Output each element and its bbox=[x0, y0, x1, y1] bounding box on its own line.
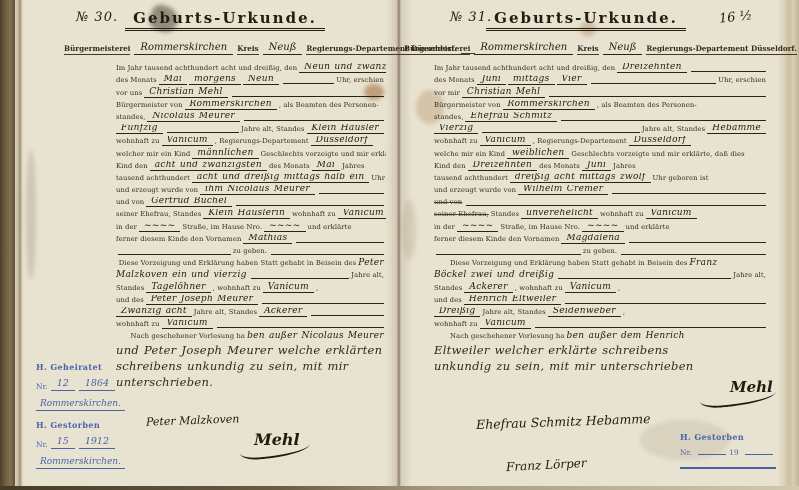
page-title: Geburts-Urkunde. bbox=[125, 9, 325, 31]
handwritten-entry: Vierzig bbox=[434, 124, 478, 134]
handwritten-entry: Düsseldorf bbox=[311, 136, 373, 146]
printed-text-struck: seiner Ehefrau, bbox=[434, 210, 489, 218]
printed-text: zu geben. bbox=[233, 247, 267, 255]
district-label: Kreis bbox=[577, 44, 598, 55]
printed-text: des Monats bbox=[116, 76, 157, 84]
blank-rule bbox=[629, 242, 766, 243]
handwritten-entry: Mathias bbox=[243, 234, 292, 244]
blank-rule bbox=[691, 71, 766, 72]
handwritten-text: ben außer Nicolaus Meurer bbox=[247, 331, 384, 341]
printed-text: welche mir ein Kind bbox=[434, 150, 505, 158]
printed-text: wohnhaft zu bbox=[116, 137, 160, 145]
printed-text: standes, bbox=[116, 113, 145, 121]
printed-text-struck: und von bbox=[434, 198, 462, 206]
form-line: schreibens unkundig zu sein, mit mir bbox=[116, 359, 386, 375]
handwritten-text: Böckel zwei und dreißig bbox=[434, 270, 554, 280]
handwritten-entry: Vanicum bbox=[480, 136, 531, 146]
form-line: Im Jahr tausend achthundert acht und dre… bbox=[434, 63, 768, 75]
handwritten-entry: Vanicum bbox=[480, 319, 531, 329]
handwritten-text: Peter bbox=[358, 258, 384, 268]
handwritten-entry: ihm Nicolaus Meurer bbox=[200, 185, 315, 195]
blank-rule bbox=[319, 193, 384, 194]
district-value: Neuß bbox=[603, 42, 643, 55]
printed-text: und des bbox=[434, 296, 462, 304]
blank-rule bbox=[745, 454, 773, 455]
form-line: wohnhaft zuVanicum, Regierungs-Departeme… bbox=[116, 136, 386, 148]
form-line: Diese Vorzeigung und Erklärung haben Sta… bbox=[434, 258, 768, 270]
form-line: unkundig zu sein, mit mir unterschrieben bbox=[434, 359, 768, 375]
handwritten-entry: Seidenweber bbox=[548, 307, 621, 317]
handwritten-entry: Dreizehnten bbox=[468, 161, 537, 171]
form-line: vor unsChristian Mehl bbox=[116, 87, 386, 99]
printed-text: und erzeugt wurde von bbox=[116, 186, 198, 194]
printed-text: Uhr geboren ist bbox=[653, 174, 709, 182]
blank-rule bbox=[262, 303, 384, 304]
district-label: Kreis bbox=[237, 44, 258, 55]
handwritten-entry: morgens bbox=[189, 75, 241, 85]
handwritten-entry: Vanicum bbox=[646, 209, 697, 219]
printed-text: Straße, im Hause Nro. bbox=[500, 223, 580, 231]
form-line: in der~~~~Straße, im Hause Nro.~~~~und e… bbox=[434, 221, 768, 233]
blank-rule bbox=[232, 96, 384, 97]
handwritten-entry: Fünfzig bbox=[116, 124, 163, 134]
form-line: Böckel zwei und dreißigJahre alt, bbox=[434, 270, 768, 282]
handwritten-entry: Nicolaus Meurer bbox=[147, 112, 240, 122]
form-line: und desHenrich Eltweiler bbox=[434, 295, 768, 307]
form-line: wohnhaft zuVanicum, Regierungs-Departeme… bbox=[434, 136, 768, 148]
form-line: seiner Ehefrau, StandesKlein Häuslerinwo… bbox=[116, 209, 386, 221]
left-page: № 30. Geburts-Urkunde. Bürgermeisterei R… bbox=[22, 0, 394, 486]
handwritten-entry: mittags bbox=[508, 75, 555, 85]
nr-label: Nr. bbox=[36, 440, 48, 449]
book-spine bbox=[0, 0, 15, 490]
handwritten-entry: ~~~~ bbox=[582, 221, 623, 231]
handwritten-entry: Mai bbox=[312, 161, 340, 171]
stamp-rule bbox=[680, 467, 776, 469]
margin-stamp-died: H. Gestorben Nr. 19 bbox=[680, 432, 776, 469]
blank-rule bbox=[217, 327, 384, 328]
handwritten-entry: Rommerskirchen bbox=[503, 100, 595, 110]
printed-text: vor mir bbox=[434, 89, 460, 97]
handwritten-entry: ~~~~ bbox=[139, 221, 180, 231]
blank-rule bbox=[535, 327, 766, 328]
blank-rule bbox=[621, 254, 766, 255]
handwritten-entry: Vier bbox=[557, 75, 587, 85]
record-ref-year: 1912 bbox=[79, 436, 115, 449]
handwritten-entry: Dreißig bbox=[434, 307, 480, 317]
form-line: des MonatsMaimorgensNeunUhr, erschien bbox=[116, 75, 386, 87]
record-number: № 30. bbox=[76, 10, 118, 25]
left-page-body: Im Jahr tausend achthundert acht und dre… bbox=[116, 63, 386, 391]
form-line: vor mirChristian Mehl bbox=[434, 87, 768, 99]
form-line: Bürgermeister vonRommerskirchen, als Bea… bbox=[116, 100, 386, 112]
blank-rule bbox=[558, 278, 731, 279]
handwritten-entry: Zwanzig acht bbox=[116, 307, 192, 317]
record-ref-place: Rommerskirchen. bbox=[36, 457, 125, 469]
record-ref-number: 12 bbox=[51, 378, 75, 391]
printed-text: Jahre alt, Standes bbox=[194, 308, 257, 316]
blank-rule bbox=[251, 278, 350, 279]
printed-text: des Monats bbox=[269, 162, 310, 170]
handwritten-entry: Magdalena bbox=[561, 234, 625, 244]
municipality-line: Bürgermeisterei Rommerskirchen Kreis Neu… bbox=[404, 39, 768, 55]
handwritten-entry: Ackerer bbox=[464, 282, 512, 292]
printed-text: , als Beamten des Personen- bbox=[279, 101, 379, 109]
printed-text: Uhr geboren ist bbox=[371, 174, 386, 182]
form-line: und erzeugt wurde vonWilhelm Cremer bbox=[434, 185, 768, 197]
handwritten-entry: acht und dreißig mittags halb ein bbox=[192, 173, 370, 183]
nr-label: Nr. bbox=[680, 448, 692, 457]
blank-rule bbox=[236, 205, 384, 206]
handwritten-entry: Vanicum bbox=[263, 282, 314, 292]
handwritten-entry: Vanicum bbox=[162, 319, 213, 329]
record-number: № 31. bbox=[450, 10, 492, 25]
blank-rule bbox=[167, 132, 240, 133]
form-line: tausend achthundertdreißig acht mittags … bbox=[434, 173, 768, 185]
handwritten-entry: Klein Häusler bbox=[307, 124, 385, 134]
printed-text: des Monats bbox=[539, 162, 580, 170]
handwritten-entry: Juni bbox=[477, 75, 506, 85]
handwritten-entry: Vanicum bbox=[338, 209, 386, 219]
printed-text: Bürgermeister von bbox=[116, 101, 183, 109]
witness-signature: Franz Lörper bbox=[506, 456, 587, 474]
form-line: zu geben. bbox=[116, 246, 386, 258]
stamp-label: H. Gestorben bbox=[680, 432, 776, 442]
bureau-label: Bürgermeisterei bbox=[404, 44, 470, 55]
form-line: Kind denDreizehntendes MonatsJuniJahres bbox=[434, 161, 768, 173]
printed-text: wohnhaft zu bbox=[434, 137, 478, 145]
district-value: Neuß bbox=[263, 42, 303, 55]
handwritten-entry: Ehefrau Schmitz bbox=[465, 112, 557, 122]
printed-text: Jahres bbox=[613, 162, 636, 170]
margin-stamp-died: H. Gestorben Nr. 15 1912 Rommerskirchen. bbox=[36, 420, 154, 469]
form-line: standes,Ehefrau Schmitz bbox=[434, 112, 768, 124]
printed-text: , bbox=[623, 308, 625, 316]
book-bottom-edge bbox=[0, 486, 799, 490]
printed-text: wohnhaft zu bbox=[116, 320, 160, 328]
stamp-label: H. Geheiratet bbox=[36, 362, 154, 372]
printed-text: standes, bbox=[434, 113, 463, 121]
form-line: welcher mir ein KindmännlichenGeschlecht… bbox=[116, 148, 386, 160]
handwritten-text: Franz bbox=[690, 258, 718, 268]
handwritten-entry: Neun bbox=[243, 75, 279, 85]
printed-text: seiner Ehefrau, Standes bbox=[116, 210, 201, 218]
record-ref-number: 15 bbox=[51, 436, 75, 449]
printed-text: des Monats bbox=[434, 76, 475, 84]
printed-text: vor uns bbox=[116, 89, 142, 97]
nr-label: Nr. bbox=[36, 382, 48, 391]
printed-text: und erklärte bbox=[626, 223, 670, 231]
printed-text: tausend achthundert bbox=[116, 174, 190, 182]
department-label: Regierungs-Departement Düsseldorf. bbox=[646, 44, 796, 55]
right-page: № 31. Geburts-Urkunde. 16 ½ Bürgermeiste… bbox=[400, 0, 780, 486]
handwritten-entry: Dreizehnten bbox=[617, 63, 686, 73]
form-line: Malzkoven ein und vierzigJahre alt, bbox=[116, 270, 386, 282]
handwritten-entry: Tagelöhner bbox=[146, 282, 210, 292]
printed-text: Geschlechts vorzeigte und mir erklärte, … bbox=[571, 150, 744, 158]
printed-text: wohnhaft zu bbox=[434, 320, 478, 328]
handwritten-entry: Henrich Eltweiler bbox=[464, 295, 561, 305]
blank-rule bbox=[244, 120, 384, 121]
record-ref-place: Rommerskirchen. bbox=[36, 399, 125, 411]
stamp-label: H. Gestorben bbox=[36, 420, 154, 430]
form-line: des MonatsJunimittagsVierUhr, erschien bbox=[434, 75, 768, 87]
printed-text: Bürgermeister von bbox=[434, 101, 501, 109]
handwritten-entry: Neun und zwanzigsten bbox=[299, 63, 386, 73]
handwritten-entry: Klein Häuslerin bbox=[203, 209, 290, 219]
printed-text: , Regierungs-Departement bbox=[215, 137, 309, 145]
handwritten-entry: unverehelicht bbox=[521, 209, 598, 219]
municipality-line: Bürgermeisterei Rommerskirchen Kreis Neu… bbox=[64, 39, 386, 55]
form-line: tausend achthundertacht und dreißig mitt… bbox=[116, 173, 386, 185]
form-line: standes,Nicolaus Meurer bbox=[116, 112, 386, 124]
signature-flourish bbox=[700, 391, 777, 410]
right-page-header: № 31. Geburts-Urkunde. 16 ½ bbox=[404, 8, 768, 34]
form-line: und von bbox=[434, 197, 768, 209]
form-line: StandesTagelöhner, wohnhaft zuVanicum, bbox=[116, 282, 386, 294]
form-line: FünfzigJahre alt, StandesKlein Häusler bbox=[116, 124, 386, 136]
handwritten-entry: acht und zwanzigsten bbox=[150, 161, 267, 171]
form-line: Zwanzig achtJahre alt, StandesAckerer bbox=[116, 307, 386, 319]
bureau-value: Rommerskirchen bbox=[134, 42, 233, 55]
printed-text: Jahre alt, Standes bbox=[642, 125, 705, 133]
printed-text: Diese Vorzeigung und Erklärung haben Sta… bbox=[119, 259, 357, 267]
handwritten-entry: Gertrud Büchel bbox=[146, 197, 232, 207]
form-line: Eltweiler welcher erklärte schreibens bbox=[434, 343, 768, 359]
form-line: unterschrieben. bbox=[116, 375, 386, 391]
blank-rule bbox=[612, 193, 766, 194]
year-prefix: 19 bbox=[729, 448, 739, 457]
bureau-label: Bürgermeisterei bbox=[64, 44, 130, 55]
printed-text: Jahre alt, Standes bbox=[241, 125, 304, 133]
printed-text: Standes bbox=[116, 284, 144, 292]
blank-rule bbox=[549, 96, 766, 97]
printed-text: in der bbox=[116, 223, 137, 231]
form-line: Nach geschehener Vorlesung haben außer N… bbox=[116, 331, 386, 343]
handwritten-text: unkundig zu sein, mit mir unterschrieben bbox=[434, 359, 694, 373]
printed-text: Diese Vorzeigung und Erklärung haben Sta… bbox=[450, 259, 688, 267]
form-line: und vonGertrud Büchel bbox=[116, 197, 386, 209]
handwritten-entry: weiblichen bbox=[507, 148, 569, 158]
handwritten-entry: Vanicum bbox=[565, 282, 616, 292]
form-line: und erzeugt wurde vonihm Nicolaus Meurer bbox=[116, 185, 386, 197]
printed-text: Uhr, erschien bbox=[718, 76, 766, 84]
printed-text: Kind den bbox=[434, 162, 466, 170]
page-edge-right bbox=[777, 0, 799, 490]
form-line: Nach geschehener Vorlesung haben außer d… bbox=[434, 331, 768, 343]
blank-rule bbox=[565, 303, 766, 304]
printed-text: ferner diesem Kinde den Vornamen bbox=[116, 235, 241, 243]
form-line: Im Jahr tausend achthundert acht und dre… bbox=[116, 63, 386, 75]
printed-text: Im Jahr tausend achthundert acht und dre… bbox=[116, 64, 297, 72]
blank-rule bbox=[466, 205, 766, 206]
form-line: und desPeter Joseph Meurer bbox=[116, 295, 386, 307]
handwritten-entry: Wilhelm Cremer bbox=[518, 185, 608, 195]
printed-text: , wohnhaft zu bbox=[515, 284, 563, 292]
handwritten-entry: männlichen bbox=[192, 148, 258, 158]
printed-text: , bbox=[316, 284, 318, 292]
record-ref-year: 1864 bbox=[79, 378, 115, 391]
printed-text: Straße, im Hause Nro. bbox=[182, 223, 262, 231]
printed-text: welcher mir ein Kind bbox=[116, 150, 190, 158]
form-line: ferner diesem Kinde den VornamenMagdalen… bbox=[434, 234, 768, 246]
handwritten-entry: Christian Mehl bbox=[144, 87, 227, 97]
printed-text: Nach geschehener Vorlesung ha bbox=[450, 332, 565, 340]
printed-text: in der bbox=[434, 223, 455, 231]
printed-text: Kind den bbox=[116, 162, 148, 170]
form-line: DreißigJahre alt, StandesSeidenweber, bbox=[434, 307, 768, 319]
printed-text: Jahres bbox=[342, 162, 365, 170]
form-line: VierzigJahre alt, StandesHebamme bbox=[434, 124, 768, 136]
witness-signature: Peter Malzkoven bbox=[146, 412, 240, 428]
right-page-body: Im Jahr tausend achthundert acht und dre… bbox=[434, 63, 768, 375]
bureau-value: Rommerskirchen bbox=[474, 42, 573, 55]
form-line: welche mir ein KindweiblichenGeschlechts… bbox=[434, 148, 768, 160]
printed-text: , als Beamten des Personen- bbox=[597, 101, 697, 109]
blank-rule bbox=[436, 254, 581, 255]
handwritten-entry: Christian Mehl bbox=[462, 87, 545, 97]
left-page-header: № 30. Geburts-Urkunde. bbox=[64, 8, 386, 34]
printed-text: Jahre alt, bbox=[351, 271, 384, 279]
handwritten-entry: Düsseldorf bbox=[629, 136, 691, 146]
printed-text: Jahre alt, Standes bbox=[482, 308, 545, 316]
handwritten-entry: Rommerskirchen bbox=[185, 100, 277, 110]
blank-rule bbox=[283, 83, 334, 84]
margin-stamp-married: H. Geheiratet Nr. 12 1864 Rommerskirchen… bbox=[36, 362, 154, 411]
handwritten-entry: ~~~~ bbox=[457, 221, 498, 231]
handwritten-text: Malzkoven ein und vierzig bbox=[116, 270, 247, 280]
printed-text: wohnhaft zu bbox=[292, 210, 336, 218]
form-line: in der~~~~Straße, im Hause Nro.~~~~und e… bbox=[116, 221, 386, 233]
printed-text: Im Jahr tausend achthundert acht und dre… bbox=[434, 64, 615, 72]
blank-rule bbox=[311, 315, 384, 316]
blank-rule bbox=[271, 254, 384, 255]
blank-rule bbox=[591, 83, 717, 84]
printed-text: , bbox=[618, 284, 620, 292]
blank-rule bbox=[561, 120, 766, 121]
handwritten-entry: Mai bbox=[159, 75, 187, 85]
printed-text: Jahre alt, bbox=[733, 271, 766, 279]
handwritten-entry: Ackerer bbox=[259, 307, 307, 317]
register-book-scan: № 30. Geburts-Urkunde. Bürgermeisterei R… bbox=[0, 0, 799, 490]
printed-text: Standes bbox=[491, 210, 519, 218]
printed-text: zu geben. bbox=[583, 247, 617, 255]
printed-text: und von bbox=[116, 198, 144, 206]
blank-rule bbox=[118, 254, 231, 255]
printed-text: Uhr, erschien bbox=[336, 76, 384, 84]
form-line: ferner diesem Kinde den VornamenMathias bbox=[116, 234, 386, 246]
blank-rule bbox=[698, 454, 726, 455]
form-line: Kind denacht und zwanzigstendes MonatsMa… bbox=[116, 161, 386, 173]
printed-text: ferner diesem Kinde den Vornamen bbox=[434, 235, 559, 243]
form-line: wohnhaft zuVanicum bbox=[434, 319, 768, 331]
printed-text: tausend achthundert bbox=[434, 174, 508, 182]
handwritten-entry: ~~~~ bbox=[264, 221, 305, 231]
printed-text: Standes bbox=[434, 284, 462, 292]
printed-text: und erzeugt wurde von bbox=[434, 186, 516, 194]
printed-text: und erklärte bbox=[308, 223, 352, 231]
form-line: wohnhaft zuVanicum bbox=[116, 319, 386, 331]
handwritten-entry: Vanicum bbox=[162, 136, 213, 146]
form-line: und Peter Joseph Meurer welche erklärten bbox=[116, 343, 386, 359]
blank-rule bbox=[296, 242, 384, 243]
midwife-signature: Ehefrau Schmitz Hebamme bbox=[476, 411, 651, 432]
handwritten-entry: Hebamme bbox=[707, 124, 766, 134]
form-line: seiner Ehefrau,Standesunverehelichtwohnh… bbox=[434, 209, 768, 221]
handwritten-entry: Peter Joseph Meurer bbox=[146, 295, 258, 305]
handwritten-text: Eltweiler welcher erklärte schreibens bbox=[434, 343, 668, 357]
blank-rule bbox=[482, 132, 640, 133]
handwritten-text: ben außer dem Henrich bbox=[567, 331, 685, 341]
printed-text: und des bbox=[116, 296, 144, 304]
handwritten-entry: dreißig acht mittags zwölf bbox=[510, 173, 651, 183]
printed-text: Nach geschehener Vorlesung ha bbox=[131, 332, 246, 340]
handwritten-text: und Peter Joseph Meurer welche erklärten bbox=[116, 343, 382, 357]
handwritten-entry: Juni bbox=[582, 161, 611, 171]
signature-flourish bbox=[240, 443, 311, 461]
form-line: StandesAckerer, wohnhaft zuVanicum, bbox=[434, 282, 768, 294]
form-line: Bürgermeister vonRommerskirchen, als Bea… bbox=[434, 100, 768, 112]
form-line: Diese Vorzeigung und Erklärung haben Sta… bbox=[116, 258, 386, 270]
form-line: zu geben. bbox=[434, 246, 768, 258]
printed-text: Geschlechts vorzeigte und mir erklärte, … bbox=[261, 150, 386, 158]
printed-text: , Regierungs-Departement bbox=[533, 137, 627, 145]
printed-text: wohnhaft zu bbox=[600, 210, 644, 218]
printed-text: , wohnhaft zu bbox=[213, 284, 261, 292]
page-title: Geburts-Urkunde. bbox=[486, 9, 686, 31]
